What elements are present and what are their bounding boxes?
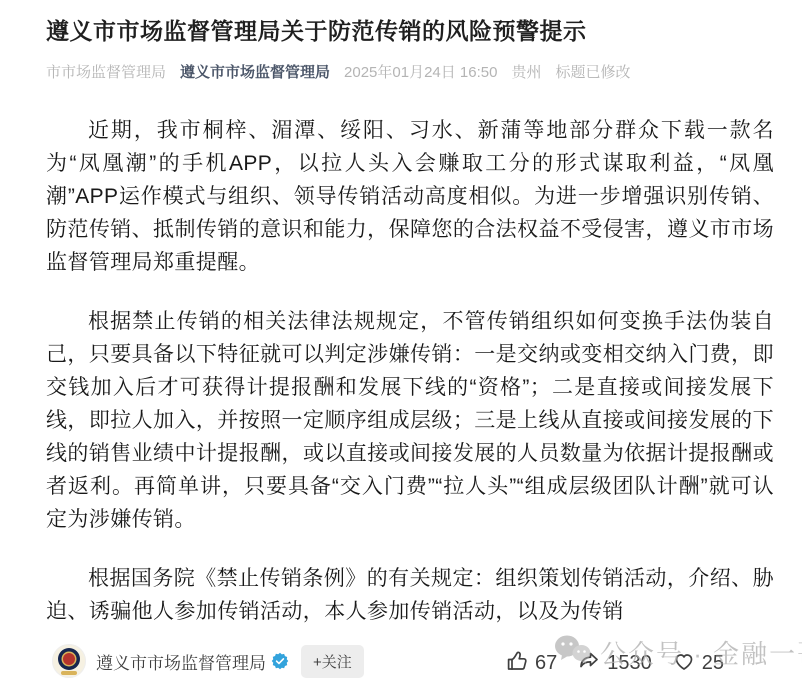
emblem-center — [63, 653, 75, 665]
heart-button[interactable]: 25 — [672, 649, 724, 678]
paragraph-1: 近期，我市桐梓、湄潭、绥阳、习水、新蒲等地部分群众下载一款名为“凤凰潮”的手机A… — [46, 114, 774, 279]
share-button[interactable]: 1530 — [577, 649, 652, 678]
heart-count: 25 — [702, 652, 724, 675]
article-title: 遵义市市场监督管理局关于防范传销的风险预警提示 — [46, 16, 774, 47]
account-name-link[interactable]: 遵义市市场监督管理局 — [180, 61, 330, 82]
author-label: 市市场监督管理局 — [46, 61, 166, 82]
footer-account-name[interactable]: 遵义市市场监督管理局 — [96, 649, 266, 674]
article-content: 遵义市市场监督管理局关于防范传销的风险预警提示 市市场监督管理局 遵义市市场监督… — [0, 0, 802, 628]
emblem-ribbon — [61, 671, 77, 675]
verified-check-icon — [271, 652, 289, 670]
paragraph-2: 根据禁止传销的相关法律法规规定，不管传销组织如何变换手法伪装自己，只要具备以下特… — [46, 305, 774, 536]
like-count: 67 — [535, 652, 557, 675]
publish-location: 贵州 — [511, 61, 541, 82]
heart-icon — [672, 649, 696, 678]
article-body: 近期，我市桐梓、湄潭、绥阳、习水、新蒲等地部分群众下载一款名为“凤凰潮”的手机A… — [46, 114, 774, 628]
article-meta: 市市场监督管理局 遵义市市场监督管理局 2025年01月24日 16:50 贵州… — [46, 61, 774, 82]
engagement-stats: 67 1530 25 — [505, 649, 724, 678]
title-edited-note: 标题已修改 — [556, 61, 631, 82]
thumbs-up-icon — [505, 649, 529, 678]
follow-button[interactable]: +关注 — [301, 645, 364, 678]
share-count: 1530 — [607, 652, 652, 675]
wechat-article-page: 遵义市市场监督管理局关于防范传销的风险预警提示 市市场监督管理局 遵义市市场监督… — [0, 0, 802, 686]
account-avatar[interactable] — [52, 644, 86, 678]
like-button[interactable]: 67 — [505, 649, 557, 678]
paragraph-3: 根据国务院《禁止传销条例》的有关规定：组织策划传销活动，介绍、胁迫、诱骗他人参加… — [46, 562, 774, 628]
publish-datetime: 2025年01月24日 16:50 — [344, 61, 497, 82]
share-arrow-icon — [577, 649, 601, 678]
